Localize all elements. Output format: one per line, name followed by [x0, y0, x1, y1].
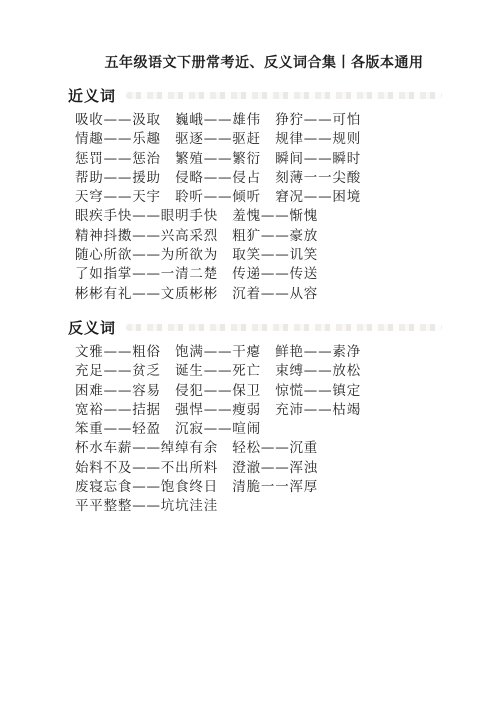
synonym-lines: 吸收——汲取 巍峨——雄伟 狰狞——可怕 情趣——乐趣 驱逐——驱赶 规律——规…: [75, 111, 460, 304]
word-pair-line: 精神抖擞——兴高采烈 粗犷——豪放: [75, 227, 460, 246]
antonym-lines: 文雅——粗俗 饱满——干瘪 鲜艳——素净 充足——贫乏 诞生——死亡 束缚——放…: [75, 343, 460, 517]
section-antonyms: 反义词 文雅——粗俗 饱满——干瘪 鲜艳——素净 充足——贫乏 诞生——死亡 束…: [0, 317, 500, 517]
word-pair-line: 天穹——天宇 聆听——倾听 窘况——困境: [75, 188, 460, 207]
word-pair-line: 杯水车薪——绰绰有余 轻松——沉重: [75, 439, 460, 458]
section-heading-row: 反义词: [68, 317, 442, 338]
word-pair-line: 情趣——乐趣 驱逐——驱赶 规律——规则: [75, 130, 460, 149]
word-pair-line: 困难——容易 侵犯——保卫 惊慌——镇定: [75, 382, 460, 401]
word-pair-line: 充足——贫乏 诞生——死亡 束缚——放松: [75, 362, 460, 381]
section-heading-row: 近义词: [68, 85, 442, 106]
word-pair-line: 眼疾手快——眼明手快 羞愧——惭愧: [75, 207, 460, 226]
word-pair-line: 废寝忘食——饱食终日 清脆一一浑厚: [75, 478, 460, 497]
word-pair-line: 惩罚——惩治 繁殖——繁衍 瞬间——瞬时: [75, 150, 460, 169]
section-synonyms: 近义词 吸收——汲取 巍峨——雄伟 狰狞——可怕 情趣——乐趣 驱逐——驱赶 规…: [0, 85, 500, 304]
word-pair-line: 笨重——轻盈 沉寂——喧闹: [75, 420, 460, 439]
scan-artifact-band: [126, 92, 442, 99]
section-heading-synonyms: 近义词: [68, 85, 116, 106]
word-pair-line: 平平整整——坑坑洼洼: [75, 497, 460, 516]
word-pair-line: 随心所欲——为所欲为 取笑——讥笑: [75, 246, 460, 265]
scan-artifact-band: [126, 324, 442, 331]
word-pair-line: 彬彬有礼——文质彬彬 沉着——从容: [75, 285, 460, 304]
word-pair-line: 帮助——援助 侵略——侵占 刻薄一一尖酸: [75, 169, 460, 188]
word-pair-line: 文雅——粗俗 饱满——干瘪 鲜艳——素净: [75, 343, 460, 362]
document-page: 五年级语文下册常考近、反义词合集丨各版本通用 近义词 吸收——汲取 巍峨——雄伟…: [0, 0, 500, 707]
section-heading-antonyms: 反义词: [68, 317, 116, 338]
page-title: 五年级语文下册常考近、反义词合集丨各版本通用: [0, 0, 500, 72]
word-pair-line: 宽裕——拮据 强悍——瘦弱 充沛——枯竭: [75, 401, 460, 420]
word-pair-line: 始料不及——不出所料 澄澈——浑浊: [75, 459, 460, 478]
word-pair-line: 吸收——汲取 巍峨——雄伟 狰狞——可怕: [75, 111, 460, 130]
word-pair-line: 了如指掌——一清二楚 传递——传送: [75, 265, 460, 284]
